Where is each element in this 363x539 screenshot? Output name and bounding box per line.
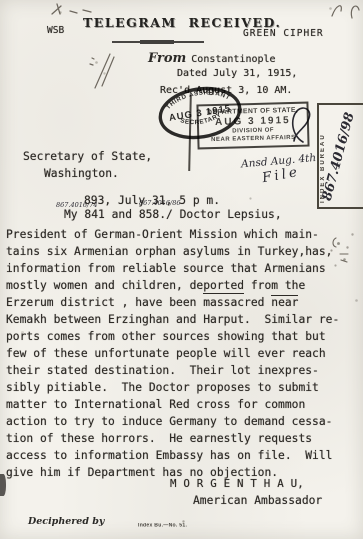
signature-title: American Ambassador <box>193 494 322 507</box>
body-line: sibly pitiable. The Doctor proposes to s… <box>6 379 360 396</box>
body-line: ports comes from other sources showing t… <box>6 328 360 345</box>
overlined-word: near <box>271 295 298 309</box>
from-label: From <box>148 51 186 66</box>
file-ref-858: 867.4016/86 <box>139 199 180 207</box>
body-line: action to try to induce Germany to deman… <box>6 413 360 430</box>
body-line: mostly women and children, deported from… <box>6 277 360 294</box>
body-line: information from reliable source that Ar… <box>6 260 360 277</box>
body-line: Kemakh between Erzinghan and Harput. Sim… <box>6 311 360 328</box>
body-lines: President of German-Orient Mission which… <box>6 226 360 481</box>
index-bureau-box: INDEX BUREAU 867.4016/98 <box>317 103 363 209</box>
scan-noise <box>0 0 1 1</box>
body-line: access to information Embassy has on fil… <box>6 447 360 464</box>
dated-line: Dated July 31, 1915, <box>177 68 297 79</box>
body-line: their stated destination. Their lot inex… <box>6 362 360 379</box>
body-line: matter to International Red cross for co… <box>6 396 360 413</box>
body-line: Erzerum district , have been massacred n… <box>6 294 360 311</box>
body-line: tion of these horrors. He earnestly requ… <box>6 430 360 447</box>
telegram-document-page: WSB TELEGRAM RECEIVED. GREEN CIPHER From… <box>0 0 363 539</box>
origin-city: Constantinople <box>191 54 275 65</box>
opening-line: My 841 and 858./ Doctor Lepsius, <box>64 208 282 221</box>
title-rule <box>112 41 204 43</box>
routing-initials: WSB <box>47 25 64 36</box>
cipher-label: GREEN CIPHER <box>243 28 324 39</box>
from-line: From Constantinople <box>148 51 276 66</box>
addressee-city: Washington. <box>44 167 119 180</box>
body-line: President of German-Orient Mission which… <box>6 226 360 243</box>
body-line: tains six Armenian orphan asylums in Tur… <box>6 243 360 260</box>
pencil-scribble-left-of-stamp <box>88 50 116 92</box>
signature-name: M O R G E N T H A U, <box>170 477 304 490</box>
addressee-line: Secretary of State, <box>23 150 152 163</box>
form-print-note: Index Bu.—No. 51. <box>138 523 187 528</box>
deciphered-by-label: Deciphered by <box>28 516 104 527</box>
underlined-word: ported <box>203 279 244 294</box>
ink-loop-mark <box>287 104 317 146</box>
body-line: few of these unfortunate people will eve… <box>6 345 360 362</box>
pencil-scribble-top-right <box>326 0 362 22</box>
